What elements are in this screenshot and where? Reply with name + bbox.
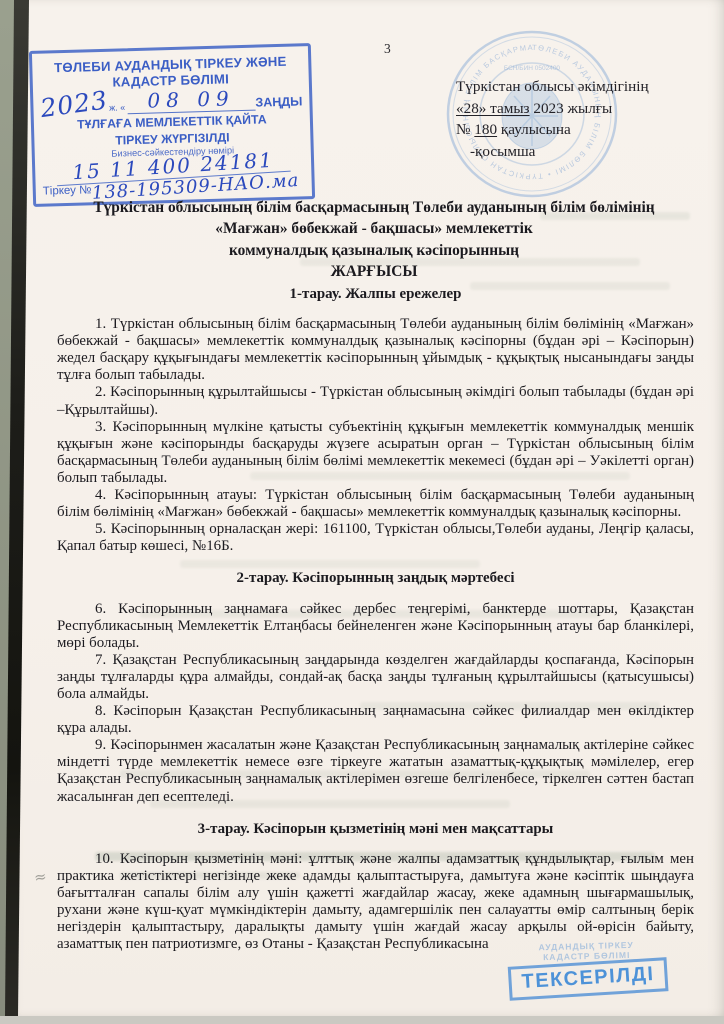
paragraph-10: 10. Кәсіпорын қызметінің мәні: ұлттық жә…	[57, 851, 694, 954]
document-body: 1-тарау. Жалпы ережелер 1. Түркістан обл…	[57, 286, 694, 953]
annex-line-authority: Түркістан облысы әкімдігінің	[456, 76, 649, 98]
annex-date-rest: 2023 жылғы	[530, 100, 613, 117]
stamp-date-slot: 08 09	[127, 90, 256, 115]
page-number: 3	[384, 41, 391, 57]
stamp-year-handwritten: 2023	[39, 89, 109, 120]
chapter-2-heading: 2-тарау. Кәсіпорынның заңдық мәртебесі	[57, 570, 694, 587]
registration-stamp: ТӨЛЕБИ АУДАНДЫҚ ТІРКЕУ ЖӘНЕ КАДАСТР БӨЛІ…	[29, 43, 315, 207]
annex-line-number: № 180 қаулысына	[456, 119, 649, 141]
document-page: ≈ 3 ТӨЛЕБИ АУДАНЫНЫҢ БІЛІМ БӨЛІМІ • ТҮРК…	[0, 0, 724, 1016]
annex-block: Түркістан облысы әкімдігінің «28» тамыз …	[456, 76, 649, 162]
seal-bin-text: БСН/БИН 0502400	[504, 65, 561, 72]
document-title: Түркістан облысының білім басқармасының …	[40, 197, 708, 283]
annex-number-rest: қаулысына	[497, 121, 571, 138]
checked-stamp: АУДАНДЫҚ ТІРКЕУ КАДАСТР БӨЛІМІ ТЕКСЕРІЛД…	[507, 937, 669, 1001]
annex-number-label: №	[456, 121, 474, 138]
stamp-date-handwritten: 08 09	[147, 86, 235, 112]
paragraph-6: 6. Кәсіпорынның заңнамаға сәйкес дербес …	[57, 601, 694, 652]
checked-stamp-label: ТЕКСЕРІЛДІ	[508, 957, 669, 1001]
chapter-3-heading: 3-тарау. Кәсіпорын қызметінің мәні мен м…	[57, 821, 694, 838]
paragraph-8: 8. Кәсіпорын Қазақстан Республикасының з…	[57, 703, 694, 737]
annex-label: -қосымша	[456, 141, 649, 163]
paragraph-9: 9. Кәсіпорынмен жасалатын және Қазақстан…	[57, 737, 694, 805]
annex-number: 180	[474, 121, 497, 138]
paragraph-5: 5. Кәсіпорынның орналасқан жері: 161100,…	[57, 521, 694, 555]
paragraph-7: 7. Қазақстан Республикасының заңдарында …	[57, 652, 694, 703]
scanned-document: ≈ 3 ТӨЛЕБИ АУДАНЫНЫҢ БІЛІМ БӨЛІМІ • ТҮРК…	[0, 0, 724, 1024]
stamp-year-label: ж. «	[108, 102, 127, 115]
stamp-legal-word: ЗАҢДЫ	[255, 94, 302, 110]
annex-date: «28» тамыз	[456, 100, 530, 117]
title-line-3: коммуналдық қазыналық кәсіпорынның	[40, 240, 708, 261]
pencil-mark: ≈	[33, 867, 49, 887]
chapter-1-heading: 1-тарау. Жалпы ережелер	[57, 286, 694, 303]
title-line-1: Түркістан облысының білім басқармасының …	[40, 197, 708, 218]
paragraph-2: 2. Кәсіпорынның құрылтайшысы - Түркістан…	[57, 384, 694, 418]
paragraph-3: 3. Кәсіпорынның мүлкіне қатысты субъекті…	[57, 419, 694, 487]
title-line-4: ЖАРҒЫСЫ	[40, 261, 708, 282]
paragraph-1: 1. Түркістан облысының білім басқармасын…	[57, 316, 694, 384]
paragraph-4: 4. Кәсіпорынның атауы: Түркістан облысын…	[57, 487, 694, 521]
annex-line-date: «28» тамыз 2023 жылғы	[456, 98, 649, 120]
scan-bottom-edge	[0, 1016, 724, 1024]
title-line-2: «Мағжан» бөбекжай - бақшасы» мемлекеттік	[40, 218, 708, 239]
